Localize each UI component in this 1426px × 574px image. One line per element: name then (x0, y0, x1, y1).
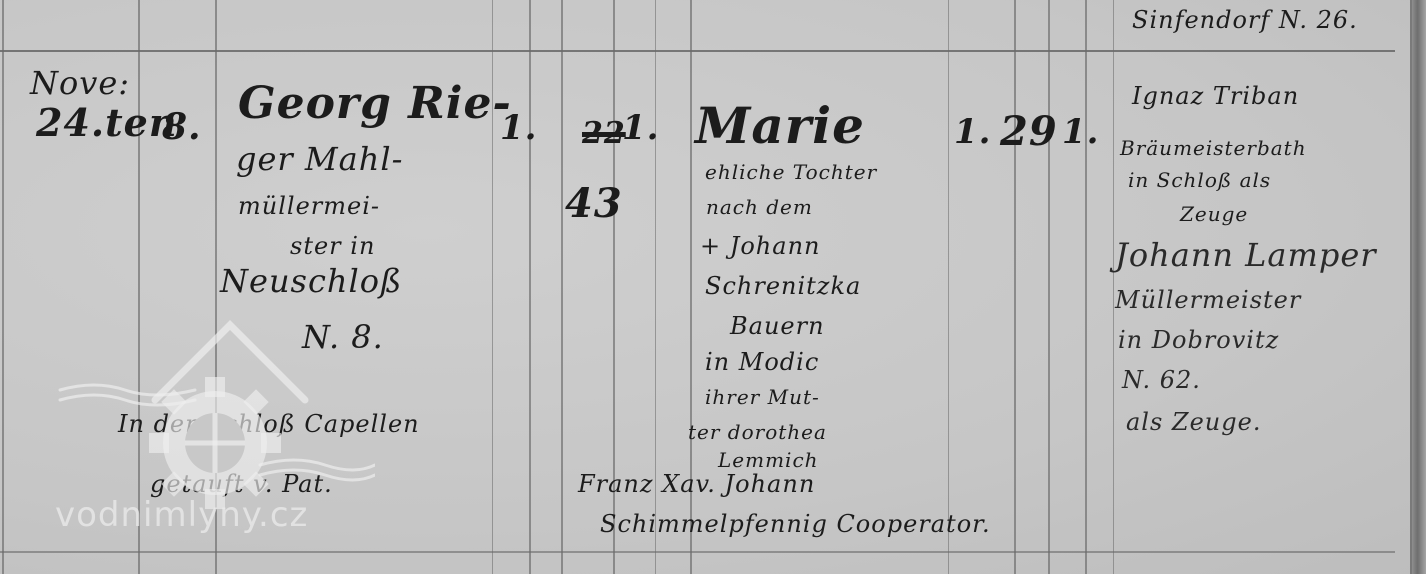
date-month: Nove: (30, 64, 130, 102)
remarks-line-4: Schimmelpfennig Cooperator. (600, 510, 991, 538)
row-divider-bottom (0, 551, 1395, 553)
mother-line-1: Marie (695, 96, 865, 155)
mother-line-10: Lemmich (718, 448, 819, 472)
remarks-line-1: In der Schloß Capellen (118, 410, 420, 438)
father-line-3: müllermei- (238, 192, 380, 220)
house-number: 8. (162, 106, 202, 148)
remarks-line-2: getauft v. Pat. (150, 470, 333, 498)
mother-line-6: Bauern (730, 312, 825, 340)
date-day: 24.ten (36, 100, 177, 145)
mother-line-2: ehliche Tochter (705, 160, 877, 184)
father-line-2: ger Mahl- (236, 140, 403, 178)
column-rule (1014, 0, 1016, 574)
column-rule (1048, 0, 1050, 574)
father-line-4: ster in (290, 232, 375, 260)
column-rule (561, 0, 563, 574)
col-catholic: 1. (500, 108, 538, 148)
register-page: Sinfendorf N. 26. Nove: 24.ten 8. Georg … (0, 0, 1426, 574)
page-edge (1412, 0, 1426, 574)
previous-entry-fragment: Sinfendorf N. 26. (1132, 6, 1358, 34)
godparent-line-4: Zeuge (1180, 202, 1248, 226)
column-rule (138, 0, 140, 574)
mother-line-3: nach dem (706, 195, 813, 219)
remarks-line-3: Franz Xav. Johann (578, 470, 815, 498)
godparent-line-8: N. 62. (1122, 366, 1201, 394)
col-boy-girl: 1. (622, 108, 660, 148)
father-line-5: Neuschloß (220, 262, 402, 300)
col-mother-catholic: 1. (954, 112, 992, 152)
godparent-line-1: Ignaz Triban (1132, 82, 1299, 110)
row-divider-top (0, 50, 1395, 52)
godparent-line-5: Johann Lamper (1115, 236, 1377, 274)
father-line-6: N. 8. (302, 318, 384, 356)
watermark-text: vodnimlyny.cz (55, 495, 308, 535)
column-rule (1085, 0, 1087, 574)
godparent-line-6: Müllermeister (1115, 286, 1301, 314)
mother-line-5: Schrenitzka (705, 272, 861, 300)
column-rule (948, 0, 949, 574)
godparent-line-7: in Dobrovitz (1118, 326, 1279, 354)
mother-line-8: ihrer Mut- (705, 385, 820, 409)
godparent-line-2: Bräumeisterbath (1120, 136, 1307, 160)
godparent-line-3: in Schloß als (1128, 168, 1271, 192)
mother-line-4: + Johann (700, 232, 821, 260)
column-rule (2, 0, 4, 574)
mother-line-7: in Modic (705, 348, 819, 376)
col-mother-legit: 1. (1062, 112, 1100, 152)
col-struck-value: 22 (582, 116, 626, 151)
col-mother-age: 29 (1000, 108, 1058, 155)
col-age: 43 (565, 180, 623, 227)
column-rule (1113, 0, 1114, 574)
column-rule (529, 0, 531, 574)
father-line-1: Georg Rie- (238, 78, 512, 129)
godparent-line-9: als Zeuge. (1126, 408, 1261, 436)
mother-line-9: ter dorothea (688, 420, 827, 444)
